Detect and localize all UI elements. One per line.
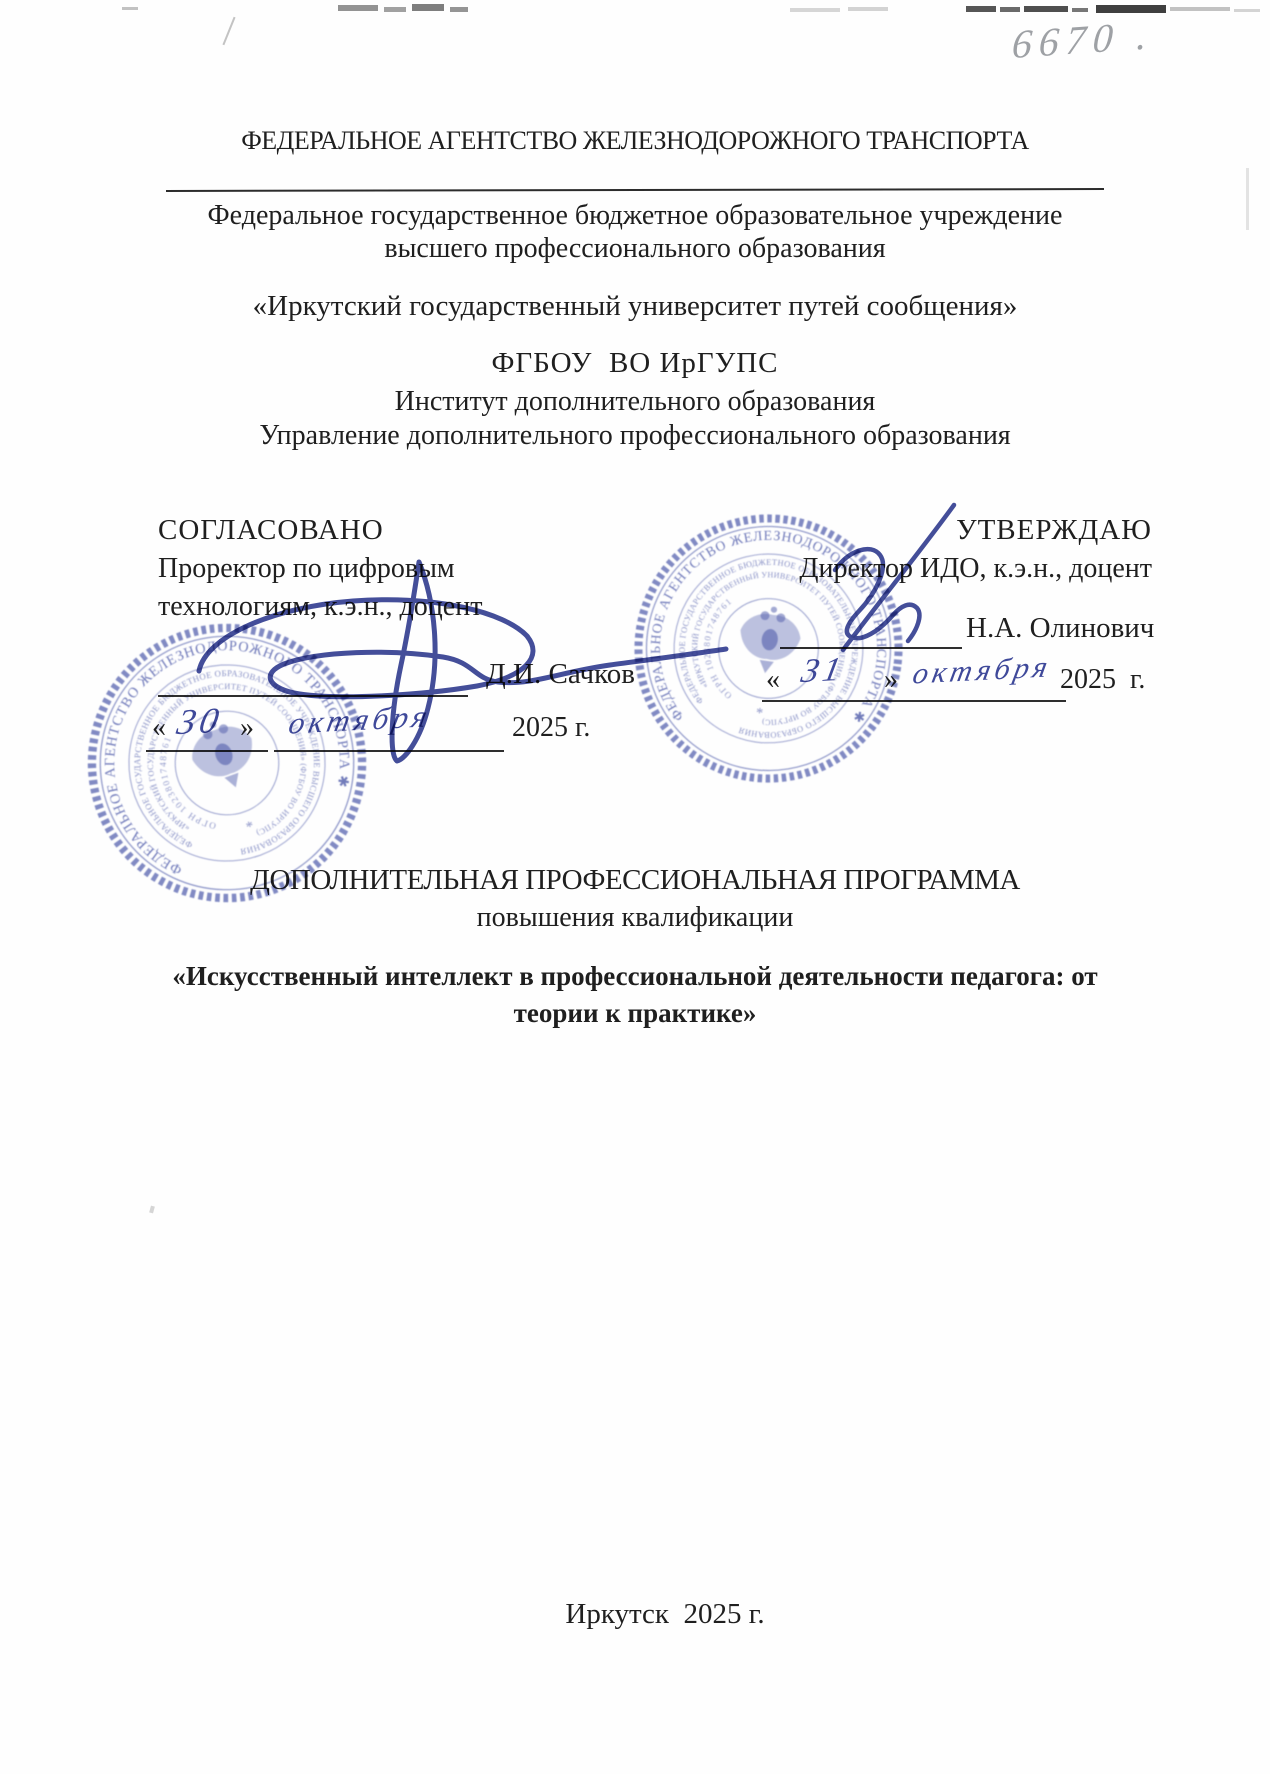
- approved-signature-stroke: [843, 505, 954, 650]
- agreed-signature-stroke: [392, 562, 435, 761]
- agreed-signature-stroke: [199, 600, 726, 697]
- scanned-document-page: 6670 . ФЕДЕРАЛЬНОЕ АГЕНТСТВО ЖЕЛЕЗНОДОРО…: [0, 0, 1270, 1774]
- approved-signature-stroke: [835, 549, 919, 641]
- signature-ink-overlay: [0, 0, 1270, 1774]
